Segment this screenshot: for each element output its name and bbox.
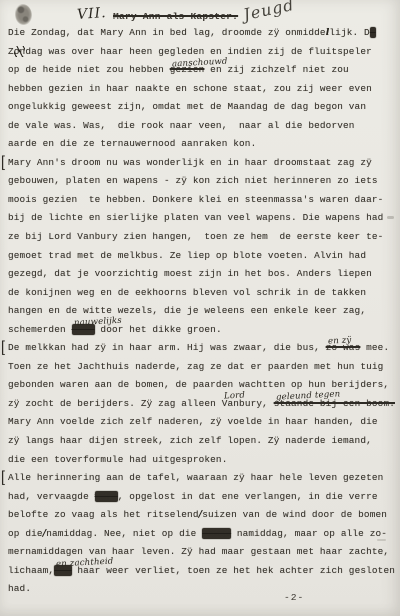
manuscript-line: [Alle herinnering aan de tafel, waaraan … [8,469,398,488]
typed-text: Mary Ann's droom nu was wonderlijk en in… [8,157,372,168]
typed-text: schemerden [8,324,72,335]
correction-group: geleund tegenstaande bij een boom. [274,398,395,409]
manuscript-line: zÿ zocht de berijders. Zÿ zag alleen Lor… [8,395,398,414]
correction-group: aanschouwdgezien [170,64,205,75]
typed-text: zÿ zocht de berijders. Zÿ zag alleen [8,398,222,409]
manuscript-line: Die Zondag, dat Mary Ann in bed lag, dro… [8,24,398,43]
manuscript-line: had. [8,580,398,599]
manuscript-line: bij de lichte en sierlijke platen van ve… [8,209,398,228]
handwritten-insertion: Lord [223,392,245,402]
manuscript-line: gebouwen, platen en wapens - zÿ kon zich… [8,172,398,191]
typed-text: aarde en die ze ternauwernood aanraken k… [8,138,256,149]
typed-text: De melkkan had zÿ in haar arm. Hij was z… [8,342,326,353]
typed-text: ongelukkig geweest zijn, omdat met de Ma… [8,101,366,112]
typed-text: bij de lichte en sierlijke platen van ve… [8,212,383,223]
manuscript-line: [De melkkan had zÿ in haar arm. Hij was … [8,339,398,358]
manuscript-line: ze bij Lord Vanbury zien hangen, toen ze… [8,228,398,247]
typed-text: gemoet trad met de melkbus. Ze liep op b… [8,250,366,261]
blotted-text: xxxxx [202,528,231,539]
manuscript-line: Mary Ann voelde zich zelf naderen, zÿ vo… [8,413,398,432]
blotted-text: werd [95,491,118,502]
typed-text: mernamiddagen van haar leven. Zÿ had maa… [8,546,389,557]
typed-text: lijk. D [329,27,369,38]
manuscript-line: ongelukkig geweest zijn, omdat met de Ma… [8,98,398,117]
manuscript-line: zÿ langs haar dijen streek, zich zelf lo… [8,432,398,451]
correction-group: en zÿzo was [326,342,361,353]
typed-text: haar weer verliet, toen ze het hek achte… [72,565,395,576]
typed-text: gezegd, dat je voorzichtig moest zijn in… [8,268,372,279]
manuscript-line: had, vervaagde werd, opgelost in dat ene… [8,488,398,507]
typed-text: belofte zo vaag als het ritselend [8,509,199,520]
typed-text: suizen van de wind door de bomen [202,509,387,520]
paragraph-bracket-mark: [ [1,465,6,490]
typed-text: de vale was. Was, die rook naar veen, na… [8,120,355,131]
manuscript-line: [Mary Ann's droom nu was wonderlijk en i… [8,154,398,173]
typed-text: Toen ze het Jachthuis naderde, zag ze da… [8,361,383,372]
blotted-text: e [370,27,376,38]
manuscript-lines: Die Zondag, dat Mary Ann in bed lag, dro… [8,24,398,599]
correction-group: LordVanbury, [222,398,274,409]
typed-text: had. [8,583,31,594]
manuscript-line: lichaam,en zachtheiddie haar weer verlie… [8,562,398,581]
manuscript-line: hebben gezien in haar naakte en schone s… [8,80,398,99]
handwritten-insertion: en zÿ [327,336,351,346]
ink-stamp-smudge-icon [15,4,32,25]
typed-text: de konijnen weg en de eekhoorns bleven v… [8,287,366,298]
typed-text: namiddag. Nee, niet op die [46,528,202,539]
typed-text: gebouwen, platen en wapens - zÿ kon zich… [8,175,378,186]
manuscript-line: op die/namiddag. Nee, niet op die xxxxx … [8,525,398,544]
typed-text: Alle herinnering aan de tafel, waaraan z… [8,472,383,483]
typed-text: lichaam, [8,565,54,576]
typed-text: ze bij Lord Vanbury zien hangen, toen ze… [8,231,383,242]
typed-text: Z [8,46,14,57]
manuscript-line: moois gezien te hebben. Donkere klei en … [8,191,398,210]
manuscript-line: op de heide niet zou hebben aanschouwdge… [8,61,398,80]
manuscript-line: hangen en de witte wezels, die je weleen… [8,302,398,321]
manuscript-line: gezegd, dat je voorzichtig moest zijn in… [8,265,398,284]
typed-text: Mary Ann voelde zich zelf naderen, zÿ vo… [8,416,378,427]
page-number: -2- [284,592,304,603]
manuscript-line: de vale was. Was, die rook naar veen, na… [8,117,398,136]
correction-group: en zachtheiddie [54,565,71,576]
manuscript-page: VII. Mary Ann als Kapster. Jeugd Die Zon… [0,0,400,616]
manuscript-line: aarde en die ze ternauwernood aanraken k… [8,135,398,154]
slashed-text: on [14,46,26,57]
typed-text: had, vervaagde [8,491,95,502]
manuscript-line: gemoet trad met de melkbus. Ze liep op b… [8,247,398,266]
typed-text: op die [8,528,43,539]
manuscript-line: belofte zo vaag als het ritselend/suizen… [8,506,398,525]
paper-speck [377,539,386,541]
paper-speck [387,216,394,219]
typed-text: dag was over haar heen gegleden en indie… [25,46,372,57]
typed-text: op de heide niet zou hebben [8,64,170,75]
manuscript-line: Toen ze het Jachthuis naderde, zag ze da… [8,358,398,377]
typed-text: namiddag, maar op alle zo- [231,528,387,539]
typed-text: moois gezien te hebben. Donkere klei en … [8,194,383,205]
manuscript-line: die een toverformule had uitgesproken. [8,451,398,470]
manuscript-line: de konijnen weg en de eekhoorns bleven v… [8,284,398,303]
paragraph-bracket-mark: [ [1,335,6,360]
typed-text: mee. [360,342,389,353]
chapter-numeral: VII. [76,5,107,23]
typed-text: hangen en de witte wezels, die je weleen… [8,305,366,316]
typed-text: zÿ langs haar dijen streek, zich zelf lo… [8,435,372,446]
struck-chapter-title: Mary Ann als Kapster. [113,11,238,22]
typed-text: , opgelost in dat ene verlangen, in die … [118,491,378,502]
typed-text: die een toverformule had uitgesproken. [8,454,228,465]
handwritten-chapter-title: Jeugd [242,0,296,24]
typed-text: hebben gezien in haar naakte en schone s… [8,83,372,94]
correction-group: nauwelijksniet [72,324,95,335]
typed-text: Die Zondag, dat Mary Ann in bed lag, dro… [8,27,326,38]
paragraph-bracket-mark: [ [1,150,6,175]
